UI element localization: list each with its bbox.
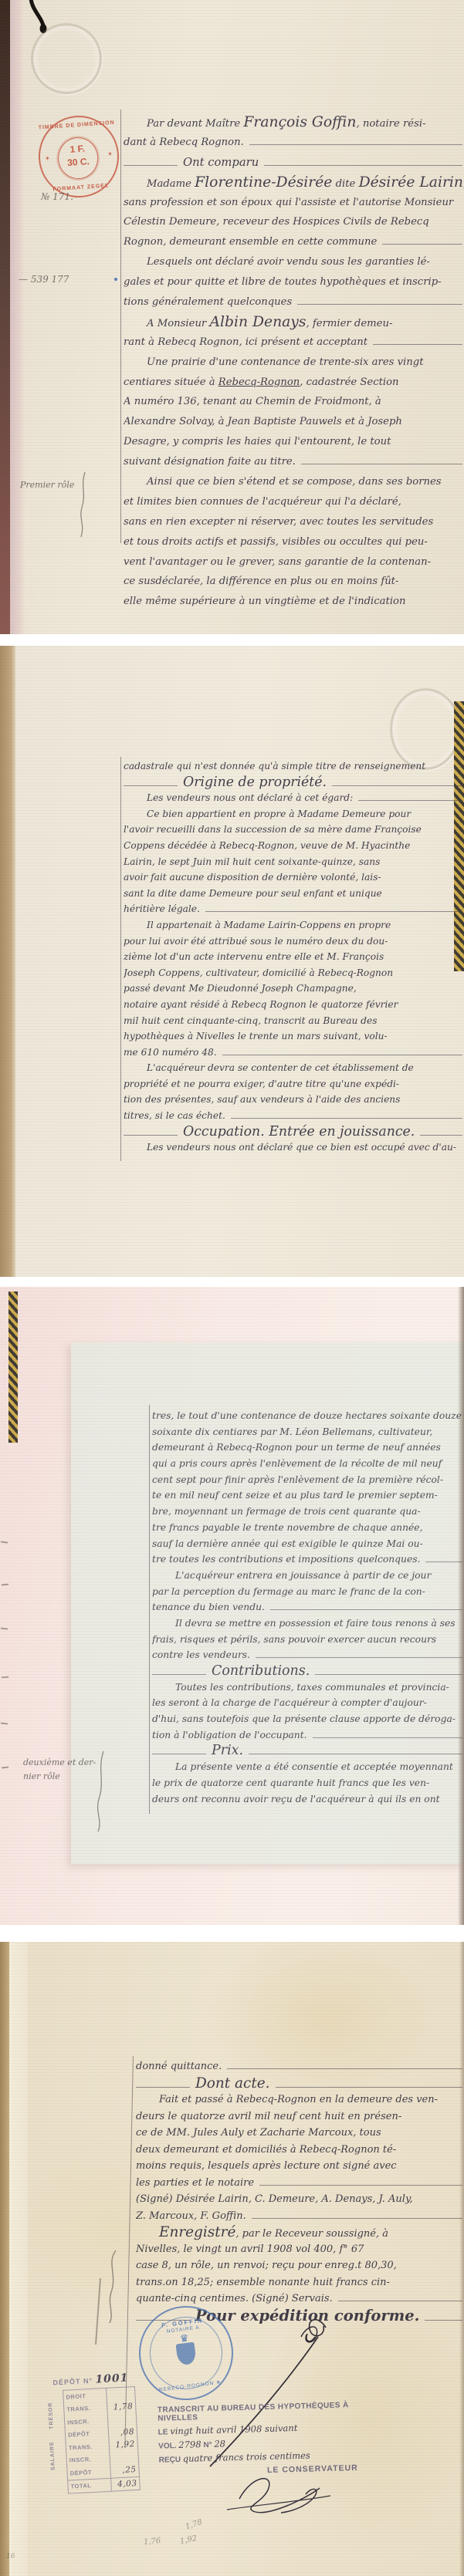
manuscript-line: deux demeurant et domiciliés à Rebecq-Ro… bbox=[136, 2142, 464, 2159]
margin-note-role: Premier rôle bbox=[20, 480, 74, 490]
manuscript-line: (Signé) Désirée Lairin, C. Demeure, A. D… bbox=[136, 2191, 464, 2208]
depot-stamp: DÉPÔT N° 1001 DROITTRANS.1,78INSCR.DÉPÔT… bbox=[42, 2372, 141, 2495]
binding-cord bbox=[8, 1291, 18, 1443]
stamp-value: 1 F. 30 C. bbox=[56, 136, 100, 180]
margin-note-role-2: nier rôle bbox=[23, 1771, 60, 1781]
manuscript-line: sans profession et son époux qui l'assis… bbox=[124, 193, 464, 213]
manuscript-line: te en mil neuf cent seize et au plus tar… bbox=[152, 1487, 464, 1504]
pencil-tick bbox=[2, 1767, 8, 1768]
date-handwritten: vingt huit avril 1908 suivant bbox=[170, 2422, 297, 2436]
manuscript-line: Dont acte. bbox=[136, 2075, 464, 2092]
manuscript-line: hypothèques à Nivelles le trente un mars… bbox=[124, 1028, 464, 1045]
manuscript-line: tre francs payable le trente novembre de… bbox=[152, 1520, 464, 1536]
manuscript-line: La présente vente a été consentie et acc… bbox=[152, 1759, 464, 1775]
manuscript-line: Coppens décédée à Rebecq-Rognon, veuve d… bbox=[124, 838, 464, 854]
margin-paraph bbox=[102, 2249, 122, 2326]
recu-handwritten: quatre francs trois centimes bbox=[183, 2450, 310, 2464]
manuscript-line: suivant désignation faite au titre. bbox=[124, 452, 464, 472]
manuscript-line: demeurant à Rebecq-Rognon pour un terme … bbox=[152, 1440, 464, 1456]
manuscript-line: Par devant Maître François Goffin, notai… bbox=[124, 113, 464, 133]
manuscript-line: Z. Marcoux, F. Goffin. bbox=[136, 2208, 464, 2225]
manuscript-line: elle même supérieure à un vingtième et d… bbox=[124, 592, 464, 612]
manuscript-line: sauf la dernière année qui est exigible … bbox=[152, 1536, 464, 1552]
margin-note-role-1: deuxième et der- bbox=[23, 1757, 96, 1767]
manuscript-line: bre, moyennant un fermage de trois cent … bbox=[152, 1504, 464, 1520]
transcription-recu: REÇU quatre francs trois centimes bbox=[158, 2448, 374, 2464]
manuscript-line: Toutes les contributions, taxes communal… bbox=[152, 1680, 464, 1696]
manuscript-line: contre les vendeurs. bbox=[152, 1647, 464, 1663]
manuscript-line: quante-cinq centimes. (Signé) Servais. bbox=[136, 2291, 464, 2308]
pencil-stroke bbox=[95, 2278, 100, 2345]
scanned-notarial-deed: { "document_title": "Acte notarié manusc… bbox=[0, 0, 464, 2576]
manuscript-line: ce susdéclarée, la différence en plus ou… bbox=[124, 572, 464, 592]
manuscript-line: L'acquéreur entrera en jouissance à part… bbox=[152, 1568, 464, 1584]
margin-note-repertoire: № 171. bbox=[41, 191, 73, 202]
manuscript-line: centiares située à Rebecq-Rognon, cadast… bbox=[124, 373, 464, 393]
depot-row: TOTAL4,03 bbox=[68, 2476, 140, 2493]
vol-handwritten: 2798 bbox=[178, 2439, 202, 2450]
manuscript-line: rant à Rebecq Rognon, ici présent et acc… bbox=[124, 333, 464, 353]
depot-number: 1001 bbox=[95, 2372, 129, 2385]
manuscript-line: mil huit cent cinquante-cinq, transcrit … bbox=[124, 1013, 464, 1029]
manuscript-line: notaire ayant résidé à Rebecq Rognon le … bbox=[124, 997, 464, 1013]
stamp-value-centimes: 30 C. bbox=[59, 154, 98, 170]
star-icon: ✶ bbox=[107, 150, 113, 157]
manuscript-line: avoir fait aucune disposition de dernièr… bbox=[124, 869, 464, 886]
manuscript-line: Fait et passé à Rebecq-Rognon en la deme… bbox=[136, 2092, 464, 2108]
manuscript-line: soixante dix centiares par M. Léon Belle… bbox=[152, 1424, 464, 1440]
manuscript-line: propriété et ne pourra exiger, d'autre t… bbox=[124, 1076, 464, 1092]
margin-rule bbox=[120, 110, 121, 543]
depot-title: DÉPÔT N° 1001 bbox=[52, 2372, 135, 2389]
manuscript-line: zième lot d'un acte intervenu entre elle… bbox=[124, 949, 464, 965]
manuscript-line: ce de MM. Jules Auly et Zacharie Marcoux… bbox=[136, 2125, 464, 2142]
page-4-photo: donné quittance.Dont acte.Fait et passé … bbox=[0, 1942, 464, 2576]
manuscript-line: Il appartenait à Madame Lairin-Coppens e… bbox=[124, 917, 464, 934]
pencil-tick bbox=[1, 1722, 8, 1724]
manuscript-line: vent l'avantager ou le grever, sans gara… bbox=[124, 552, 464, 572]
manuscript-line: gales et pour quitte et libre de toutes … bbox=[124, 272, 464, 292]
page-edge bbox=[9, 1942, 28, 2576]
pencil-tick bbox=[1, 1541, 8, 1543]
manuscript-text-page-2: cadastrale qui n'est donnée qu'à simple … bbox=[124, 758, 464, 1156]
star-icon: ✶ bbox=[45, 155, 50, 162]
no-handwritten: 28 bbox=[214, 2438, 225, 2449]
transcription-line-1: TRANSCRIT AU BUREAU DES HYPOTHÈQUES À NI… bbox=[157, 2400, 374, 2422]
manuscript-line: tion à l'obligation de l'occupant. bbox=[152, 1727, 464, 1744]
manuscript-text-page-4: donné quittance.Dont acte.Fait et passé … bbox=[136, 2058, 464, 2324]
manuscript-line: trans.on 18,25; ensemble nonante huit fr… bbox=[136, 2274, 464, 2291]
manuscript-line: Contributions. bbox=[152, 1663, 464, 1680]
manuscript-line: cent sept pour finir après l'enlèvement … bbox=[152, 1472, 464, 1488]
manuscript-line: pour lui avoir été attribué sous le numé… bbox=[124, 934, 464, 950]
manuscript-line: Ainsi que ce bien s'étend et se compose,… bbox=[124, 472, 464, 492]
manuscript-line: titres, si le cas échet. bbox=[124, 1108, 464, 1124]
depot-group-tresor: TRÉSOR bbox=[48, 2402, 55, 2429]
manuscript-line: Une prairie d'une contenance de trente-s… bbox=[124, 353, 464, 373]
manuscript-line: tions généralement quelconques bbox=[124, 292, 464, 312]
book-edge bbox=[0, 1942, 9, 2576]
manuscript-line: Joseph Coppens, cultivateur, domicilié à… bbox=[124, 965, 464, 981]
no-label: N° bbox=[203, 2441, 212, 2449]
manuscript-line: Célestin Demeure, receveur des Hospices … bbox=[124, 212, 464, 232]
pencil-note-2: 1,92 bbox=[179, 2534, 198, 2546]
manuscript-line: Desagre, y compris les haies qui l'entou… bbox=[124, 432, 464, 452]
manuscript-line: tres, le tout d'une contenance de douze … bbox=[152, 1408, 464, 1424]
manuscript-line: et limites bien connues de l'acquéreur q… bbox=[124, 492, 464, 512]
manuscript-line: Les vendeurs nous ont déclaré que ce bie… bbox=[124, 1139, 464, 1156]
revenue-stamp: TIMBRE DE DIMENSION ✶ ✶ 1 F. 30 C. FORMA… bbox=[36, 113, 121, 201]
manuscript-line: les seront à la charge de l'acquéreur à … bbox=[152, 1695, 464, 1711]
pencil-tick bbox=[2, 1584, 8, 1585]
pencil-note-1: 1,78 bbox=[185, 2518, 204, 2531]
manuscript-line: tre toutes les contributions et impositi… bbox=[152, 1551, 464, 1568]
manuscript-line: sant la dite dame Demeure pour seul enfa… bbox=[124, 886, 464, 902]
margin-paraph bbox=[91, 1750, 110, 1835]
manuscript-line: l'avoir recueilli dans la succession de … bbox=[124, 822, 464, 838]
manuscript-line: d'hui, sans toutefois que la présente cl… bbox=[152, 1711, 464, 1727]
manuscript-line: Alexandre Solvay, à Jean Baptiste Pauwel… bbox=[124, 412, 464, 432]
manuscript-line: Occupation. Entrée en jouissance. bbox=[124, 1124, 464, 1140]
pencil-note-3: 1,76 bbox=[143, 2537, 161, 2547]
manuscript-line: Prix. bbox=[152, 1743, 464, 1759]
ink-dot bbox=[114, 278, 117, 281]
manuscript-line: tenance du bien vendu. bbox=[152, 1599, 464, 1615]
pencil-note-4: 16 bbox=[6, 2553, 15, 2561]
manuscript-line: case 8, un rôle, un renvoi; reçu pour en… bbox=[136, 2257, 464, 2274]
manuscript-line: A numéro 136, tenant au Chemin de Froidm… bbox=[124, 392, 464, 412]
manuscript-text-page-3: tres, le tout d'une contenance de douze … bbox=[152, 1408, 464, 1807]
manuscript-line: L'acquéreur devra se contenter de cet ét… bbox=[124, 1060, 464, 1076]
book-edge bbox=[0, 646, 15, 1277]
manuscript-line: A Monsieur Albin Denays, fermier demeu- bbox=[124, 312, 464, 333]
depot-title-label: DÉPÔT N° bbox=[52, 2377, 93, 2387]
manuscript-line: Ce bien appartient en propre à Madame De… bbox=[124, 806, 464, 822]
manuscript-line: le prix de quatorze cent quarante huit f… bbox=[152, 1775, 464, 1791]
manuscript-line: Ont comparu bbox=[124, 153, 464, 173]
le-label: LE bbox=[158, 2428, 168, 2436]
manuscript-line: Lairin, le sept Juin mil huit cent soixa… bbox=[124, 854, 464, 870]
stamp-arc-top: TIMBRE DE DIMENSION bbox=[38, 120, 115, 131]
manuscript-line: passé devant Me Dieudonné Joseph Champag… bbox=[124, 981, 464, 997]
margin-note-reference: — 539 177 bbox=[19, 274, 69, 285]
manuscript-line: Madame Florentine-Désirée dite Désirée L… bbox=[124, 173, 464, 193]
manuscript-line: Nivelles, le vingt un avril 1908 vol 400… bbox=[136, 2241, 464, 2258]
manuscript-line: dant à Rebecq Rognon. bbox=[124, 133, 464, 153]
margin-rule bbox=[120, 757, 121, 1161]
manuscript-line: deurs ont reconnu avoir reçu de l'acquér… bbox=[152, 1791, 464, 1808]
embossed-seal bbox=[31, 23, 102, 94]
manuscript-line: Les vendeurs nous ont déclaré à cet égar… bbox=[124, 790, 464, 806]
manuscript-line: frais, risques et périls, sans pouvoir e… bbox=[152, 1632, 464, 1648]
margin-rule bbox=[149, 1405, 150, 1814]
book-binding bbox=[0, 0, 10, 634]
manuscript-line: héritière légale. bbox=[124, 901, 464, 917]
pencil-tick bbox=[1, 1628, 8, 1629]
depot-table: DROITTRANS.1,78INSCR.DÉPÔT,08TRANS.1,92I… bbox=[63, 2386, 141, 2494]
manuscript-line: par la perception du fermage au marc le … bbox=[152, 1584, 464, 1600]
manuscript-line: donné quittance. bbox=[136, 2058, 464, 2075]
page-2-photo: cadastrale qui n'est donnée qu'à simple … bbox=[0, 646, 464, 1277]
manuscript-line: Il devra se mettre en possession et fair… bbox=[152, 1615, 464, 1632]
manuscript-line: Rognon, demeurant ensemble en cette comm… bbox=[124, 232, 464, 252]
page-1-photo: TIMBRE DE DIMENSION ✶ ✶ 1 F. 30 C. FORMA… bbox=[0, 0, 464, 634]
manuscript-line: cadastrale qui n'est donnée qu'à simple … bbox=[124, 758, 464, 775]
manuscript-line: tion des présentes, sauf aux vendeurs à … bbox=[124, 1092, 464, 1108]
manuscript-line: Lesquels ont déclaré avoir vendu sous le… bbox=[124, 252, 464, 272]
pencil-tick bbox=[2, 1676, 8, 1678]
manuscript-line: Enregistré, par le Receveur soussigné, à bbox=[136, 2224, 464, 2241]
vol-label: VOL. bbox=[158, 2442, 177, 2451]
manuscript-line: deurs le quatorze avril mil neuf cent hu… bbox=[136, 2108, 464, 2125]
conservateur-signature bbox=[225, 2465, 334, 2527]
margin-paraph bbox=[74, 471, 91, 540]
manuscript-line: sans en rien excepter ni réserver, avec … bbox=[124, 512, 464, 532]
manuscript-line: me 610 numéro 48. bbox=[124, 1045, 464, 1061]
recu-label: REÇU bbox=[159, 2456, 181, 2465]
manuscript-text-page-1: Par devant Maître François Goffin, notai… bbox=[124, 113, 464, 612]
page-3-photo: tres, le tout d'une contenance de douze … bbox=[0, 1287, 464, 1925]
page-edges bbox=[10, 0, 25, 634]
depot-group-salaire: SALAIRE bbox=[49, 2441, 56, 2470]
manuscript-line: moins requis, lesquels après lecture ont… bbox=[136, 2158, 464, 2175]
manuscript-line: Origine de propriété. bbox=[124, 775, 464, 791]
manuscript-line: qui a pris cours après l'enlèvement de l… bbox=[152, 1456, 464, 1472]
manuscript-line: et tous droits actifs et passifs, visibl… bbox=[124, 532, 464, 552]
manuscript-line: les parties et le notaire bbox=[136, 2175, 464, 2192]
